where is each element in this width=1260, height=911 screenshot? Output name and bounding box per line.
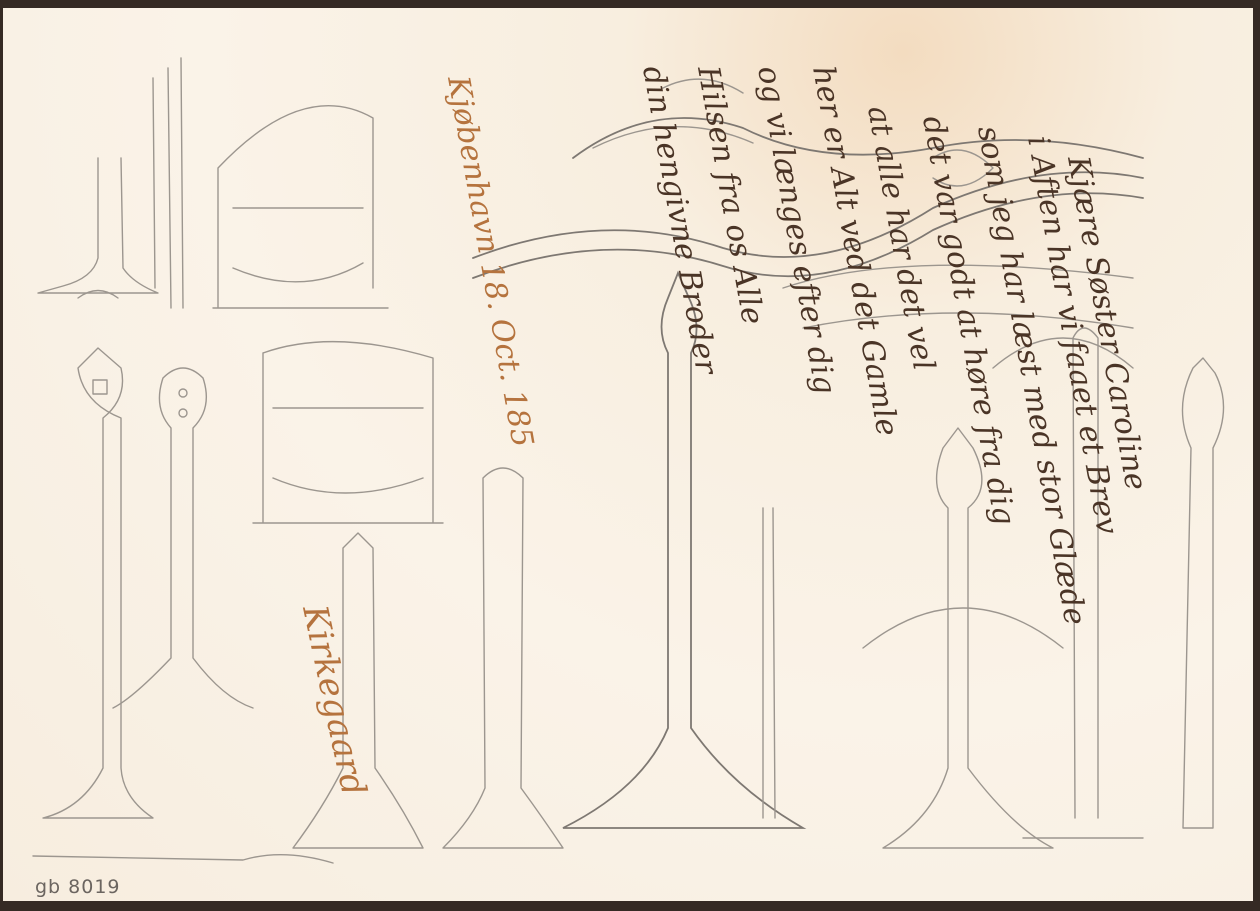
place-date: Kjøbenhavn 18. Oct. 185 bbox=[440, 72, 540, 449]
handwritten-letter: Kjære Søster Caroline i Aften har vi faa… bbox=[3, 8, 1253, 901]
sketch-sheet: Kjære Søster Caroline i Aften har vi faa… bbox=[3, 8, 1253, 901]
signature: Kirkegaard bbox=[294, 601, 374, 800]
letter-lines: Kjære Søster Caroline i Aften har vi faa… bbox=[635, 62, 1153, 628]
catalog-mark: gb 8019 bbox=[35, 876, 121, 898]
